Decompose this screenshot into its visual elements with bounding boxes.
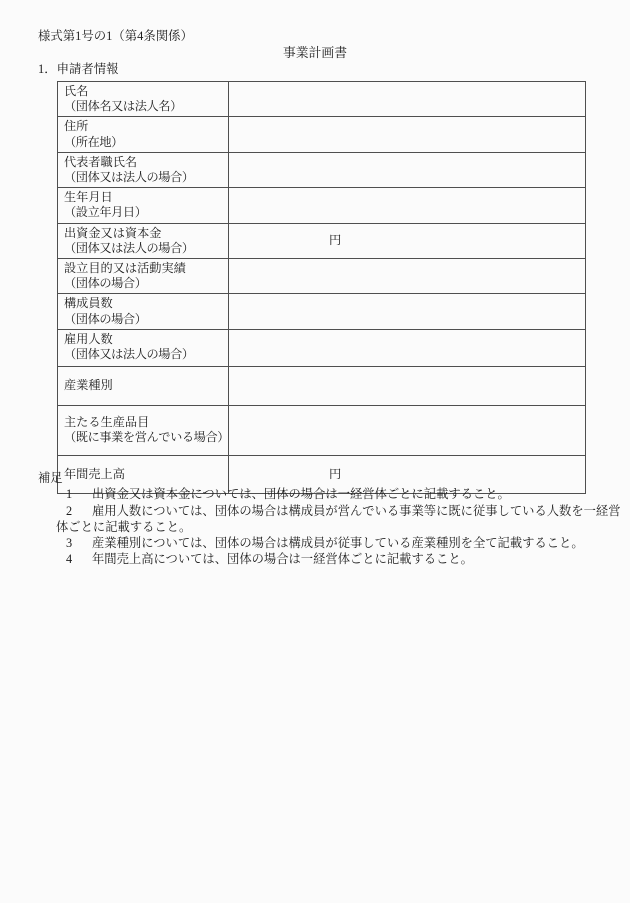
row-label: 産業種別	[64, 378, 227, 393]
row-value-cell	[229, 259, 586, 294]
note-text: 雇用人数については、団体の場合は構成員が営んでいる事業等に既に従事している人数を…	[56, 504, 621, 534]
note-item: 2雇用人数については、団体の場合は構成員が営んでいる事業等に既に従事している人数…	[38, 503, 622, 536]
table-row: 雇用人数 （団体又は法人の場合）	[58, 329, 586, 366]
note-text: 年間売上高については、団体の場合は一経営体ごとに記載すること。	[92, 552, 473, 566]
row-sublabel: （所在地）	[64, 135, 227, 150]
notes-heading: 補足	[38, 470, 622, 486]
row-label-cell: 産業種別	[58, 366, 229, 405]
row-sublabel: （団体の場合）	[64, 276, 227, 291]
note-item: 4年間売上高については、団体の場合は一経営体ごとに記載すること。	[38, 551, 622, 567]
note-number: 3	[66, 535, 92, 551]
row-sublabel: （団体名又は法人名）	[64, 99, 227, 114]
table-row: 住所 （所在地）	[58, 117, 586, 152]
form-code: 様式第1号の1（第4条関係）	[38, 29, 193, 44]
row-value-cell	[229, 366, 586, 405]
row-value-cell	[229, 405, 586, 455]
row-label-cell: 設立目的又は活動実績 （団体の場合）	[58, 259, 229, 294]
section-heading: 1．申請者情報	[38, 62, 119, 77]
row-value-cell	[229, 329, 586, 366]
row-label-cell: 主たる生産品目 （既に事業を営んでいる場合）	[58, 405, 229, 455]
row-label: 代表者職氏名	[64, 155, 227, 170]
row-sublabel: （団体又は法人の場合）	[64, 241, 227, 256]
row-value-cell	[229, 152, 586, 187]
note-number: 1	[66, 486, 92, 502]
table-row: 氏名 （団体名又は法人名）	[58, 82, 586, 117]
note-item: 1出資金又は資本金については、団体の場合は一経営体ごとに記載すること。	[38, 486, 622, 502]
row-label-cell: 住所 （所在地）	[58, 117, 229, 152]
note-number: 2	[66, 503, 92, 519]
note-text: 出資金又は資本金については、団体の場合は一経営体ごとに記載すること。	[92, 487, 510, 501]
row-value-cell: 円	[229, 223, 586, 258]
row-label: 主たる生産品目	[64, 415, 227, 430]
row-sublabel: （設立年月日）	[64, 205, 227, 220]
row-label: 住所	[64, 119, 227, 134]
row-label: 雇用人数	[64, 332, 227, 347]
table-row: 構成員数 （団体の場合）	[58, 294, 586, 329]
row-label: 生年月日	[64, 190, 227, 205]
table-row: 設立目的又は活動実績 （団体の場合）	[58, 259, 586, 294]
document-title: 事業計画書	[0, 45, 630, 61]
row-value-cell	[229, 82, 586, 117]
supplementary-notes: 補足 1出資金又は資本金については、団体の場合は一経営体ごとに記載すること。 2…	[38, 470, 622, 568]
row-label-cell: 生年月日 （設立年月日）	[58, 188, 229, 223]
note-item: 3産業種別については、団体の場合は構成員が従事している産業種別を全て記載すること…	[38, 535, 622, 551]
row-value-cell	[229, 294, 586, 329]
row-sublabel: （既に事業を営んでいる場合）	[64, 430, 227, 445]
row-label: 構成員数	[64, 296, 227, 311]
row-sublabel: （団体又は法人の場合）	[64, 170, 227, 185]
note-text: 産業種別については、団体の場合は構成員が従事している産業種別を全て記載すること。	[92, 536, 584, 550]
row-label-cell: 雇用人数 （団体又は法人の場合）	[58, 329, 229, 366]
row-label: 設立目的又は活動実績	[64, 261, 227, 276]
row-value-cell	[229, 188, 586, 223]
table-row: 出資金又は資本金 （団体又は法人の場合） 円	[58, 223, 586, 258]
row-label: 出資金又は資本金	[64, 226, 227, 241]
document-page: 様式第1号の1（第4条関係） 事業計画書 1．申請者情報 氏名 （団体名又は法人…	[0, 0, 630, 903]
table-row: 産業種別	[58, 366, 586, 405]
row-label-cell: 代表者職氏名 （団体又は法人の場合）	[58, 152, 229, 187]
row-label: 氏名	[64, 84, 227, 99]
applicant-info-table: 氏名 （団体名又は法人名） 住所 （所在地） 代表者職氏名 （団体又は法人の場合…	[57, 81, 586, 494]
row-label-cell: 構成員数 （団体の場合）	[58, 294, 229, 329]
row-sublabel: （団体又は法人の場合）	[64, 347, 227, 362]
table-row: 代表者職氏名 （団体又は法人の場合）	[58, 152, 586, 187]
table-row: 主たる生産品目 （既に事業を営んでいる場合）	[58, 405, 586, 455]
row-label-cell: 出資金又は資本金 （団体又は法人の場合）	[58, 223, 229, 258]
row-sublabel: （団体の場合）	[64, 312, 227, 327]
table-row: 生年月日 （設立年月日）	[58, 188, 586, 223]
row-label-cell: 氏名 （団体名又は法人名）	[58, 82, 229, 117]
row-value-cell	[229, 117, 586, 152]
note-number: 4	[66, 551, 92, 567]
